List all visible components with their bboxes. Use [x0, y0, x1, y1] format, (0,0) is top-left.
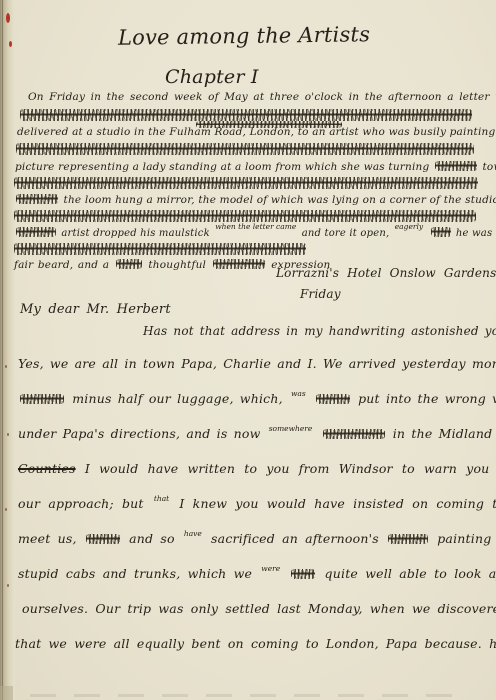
- struck-out-word: [323, 429, 385, 439]
- letter-heading-address: Lorrazni's Hotel Onslow Gardens.: [276, 267, 496, 279]
- handwritten-text: picture representing a lady standing at …: [15, 161, 429, 173]
- handwritten-text: painting to us: [437, 531, 496, 546]
- inserted-word: were: [261, 564, 280, 573]
- manuscript-text-line: Counties I would have written to you fro…: [18, 463, 496, 476]
- struck-out-word: [16, 227, 56, 237]
- corner-shadow: [0, 686, 13, 700]
- red-binding-mark: [6, 13, 10, 23]
- inserted-word: that: [154, 494, 169, 503]
- manuscript-text-line: the loom hung a mirror, the model of whi…: [14, 194, 496, 206]
- manuscript-text-line: Yes, we are all in town Papa, Charlie an…: [18, 358, 496, 371]
- handwritten-text: I would have written to you from Windsor…: [85, 461, 496, 476]
- struck-out-word: [116, 259, 142, 269]
- manuscript-text-line: our approach; but that I knew you would …: [18, 498, 496, 511]
- manuscript-text-line: On Friday in the second week of May at t…: [28, 92, 496, 103]
- struck-out-word: [291, 569, 315, 579]
- paper-speck: [7, 584, 9, 587]
- letter-date: Friday: [300, 288, 341, 300]
- handwritten-text: Yes, we are all in town Papa, Charlie an…: [18, 356, 496, 371]
- paper-speck: [7, 433, 9, 436]
- manuscript-text-line: minus half our luggage, which, was put i…: [18, 393, 496, 406]
- struck-out-word: [20, 394, 64, 404]
- red-binding-mark: [9, 41, 12, 47]
- handwritten-text: toward the spectators: [483, 161, 496, 173]
- manuscript-text-line: under Papa's directions, and is now some…: [18, 428, 492, 441]
- struck-out-word: [16, 194, 58, 204]
- manuscript-text-line: meet us, and so have sacrificed an after…: [18, 533, 496, 546]
- struck-out-word: [435, 161, 477, 171]
- handwritten-text: our approach; but: [18, 496, 144, 511]
- handwritten-text: thoughtful: [148, 259, 206, 271]
- handwritten-text: delivered at a studio in the Fulham Road…: [17, 126, 496, 138]
- handwritten-text: ourselves. Our trip was only settled las…: [22, 601, 496, 616]
- next-line-ghost: [30, 694, 470, 697]
- manuscript-text-line: ourselves. Our trip was only settled las…: [22, 603, 496, 616]
- struck-out-word: [213, 259, 265, 269]
- inserted-word: somewhere: [269, 424, 313, 433]
- handwritten-text: stupid cabs and trunks, which we: [18, 566, 252, 581]
- handwritten-text: meet us,: [18, 531, 77, 546]
- handwritten-text: artist dropped his maulstick: [61, 228, 209, 239]
- paper-speck: [5, 508, 7, 511]
- handwritten-text: he was a slight handsome man with: [456, 228, 496, 239]
- inserted-word: when the letter came: [215, 222, 296, 231]
- handwritten-text: put into the wrong van: [358, 391, 496, 406]
- struck-out-word: [316, 394, 350, 404]
- manuscript-text-line: delivered at a studio in the Fulham Road…: [17, 127, 496, 138]
- handwritten-text: and tore it open,: [302, 228, 390, 239]
- handwritten-text: minus half our luggage, which,: [72, 391, 283, 406]
- manuscript-text-line: that we were all equally bent on coming …: [15, 638, 496, 651]
- handwritten-text: the loom hung a mirror, the model of whi…: [64, 194, 496, 206]
- struck-out-word: [86, 534, 120, 544]
- manuscript-page: Love among the Artists Chapter I On Frid…: [0, 0, 496, 700]
- chapter-heading: Chapter I: [165, 68, 259, 87]
- handwritten-text: quite well able to look after: [325, 566, 496, 581]
- struck-out-line: [16, 143, 474, 155]
- struck-out-line: [14, 177, 478, 189]
- struck-out-word: [431, 227, 451, 237]
- manuscript-text-line: Has not that address in my handwriting a…: [143, 325, 496, 337]
- struck-out-line: [14, 243, 306, 255]
- inserted-word: have: [184, 529, 202, 538]
- handwritten-text: fair beard, and a: [14, 259, 109, 271]
- struck-out-line: [20, 109, 472, 121]
- manuscript-text-line: picture representing a lady standing at …: [15, 161, 496, 173]
- manuscript-text-line: stupid cabs and trunks, which we were qu…: [18, 568, 496, 581]
- binding-crease: [2, 0, 3, 700]
- handwritten-text: that we were all equally bent on coming …: [15, 636, 496, 651]
- letter-salutation: My dear Mr. Herbert: [20, 303, 171, 316]
- handwritten-text: under Papa's directions, and is now: [18, 426, 261, 441]
- manuscript-title: Love among the Artists: [118, 24, 370, 49]
- handwritten-text: in the Midland: [393, 426, 493, 441]
- handwritten-text: On Friday in the second week of May at t…: [28, 91, 496, 103]
- handwritten-text: I knew you would have insisted on coming…: [179, 496, 496, 511]
- inserted-word: was: [291, 389, 306, 398]
- handwritten-text: Has not that address in my handwriting a…: [143, 324, 496, 338]
- struck-out-word: [388, 534, 428, 544]
- handwritten-text: and so: [129, 531, 175, 546]
- inserted-word: eagerly: [395, 222, 423, 231]
- crossed-word: Counties: [18, 461, 76, 476]
- struck-out-line: [14, 210, 476, 222]
- paper-speck: [5, 365, 7, 368]
- handwritten-text: sacrificed an afternoon's: [211, 531, 379, 546]
- manuscript-text-line: artist dropped his maulstick when the le…: [14, 227, 496, 239]
